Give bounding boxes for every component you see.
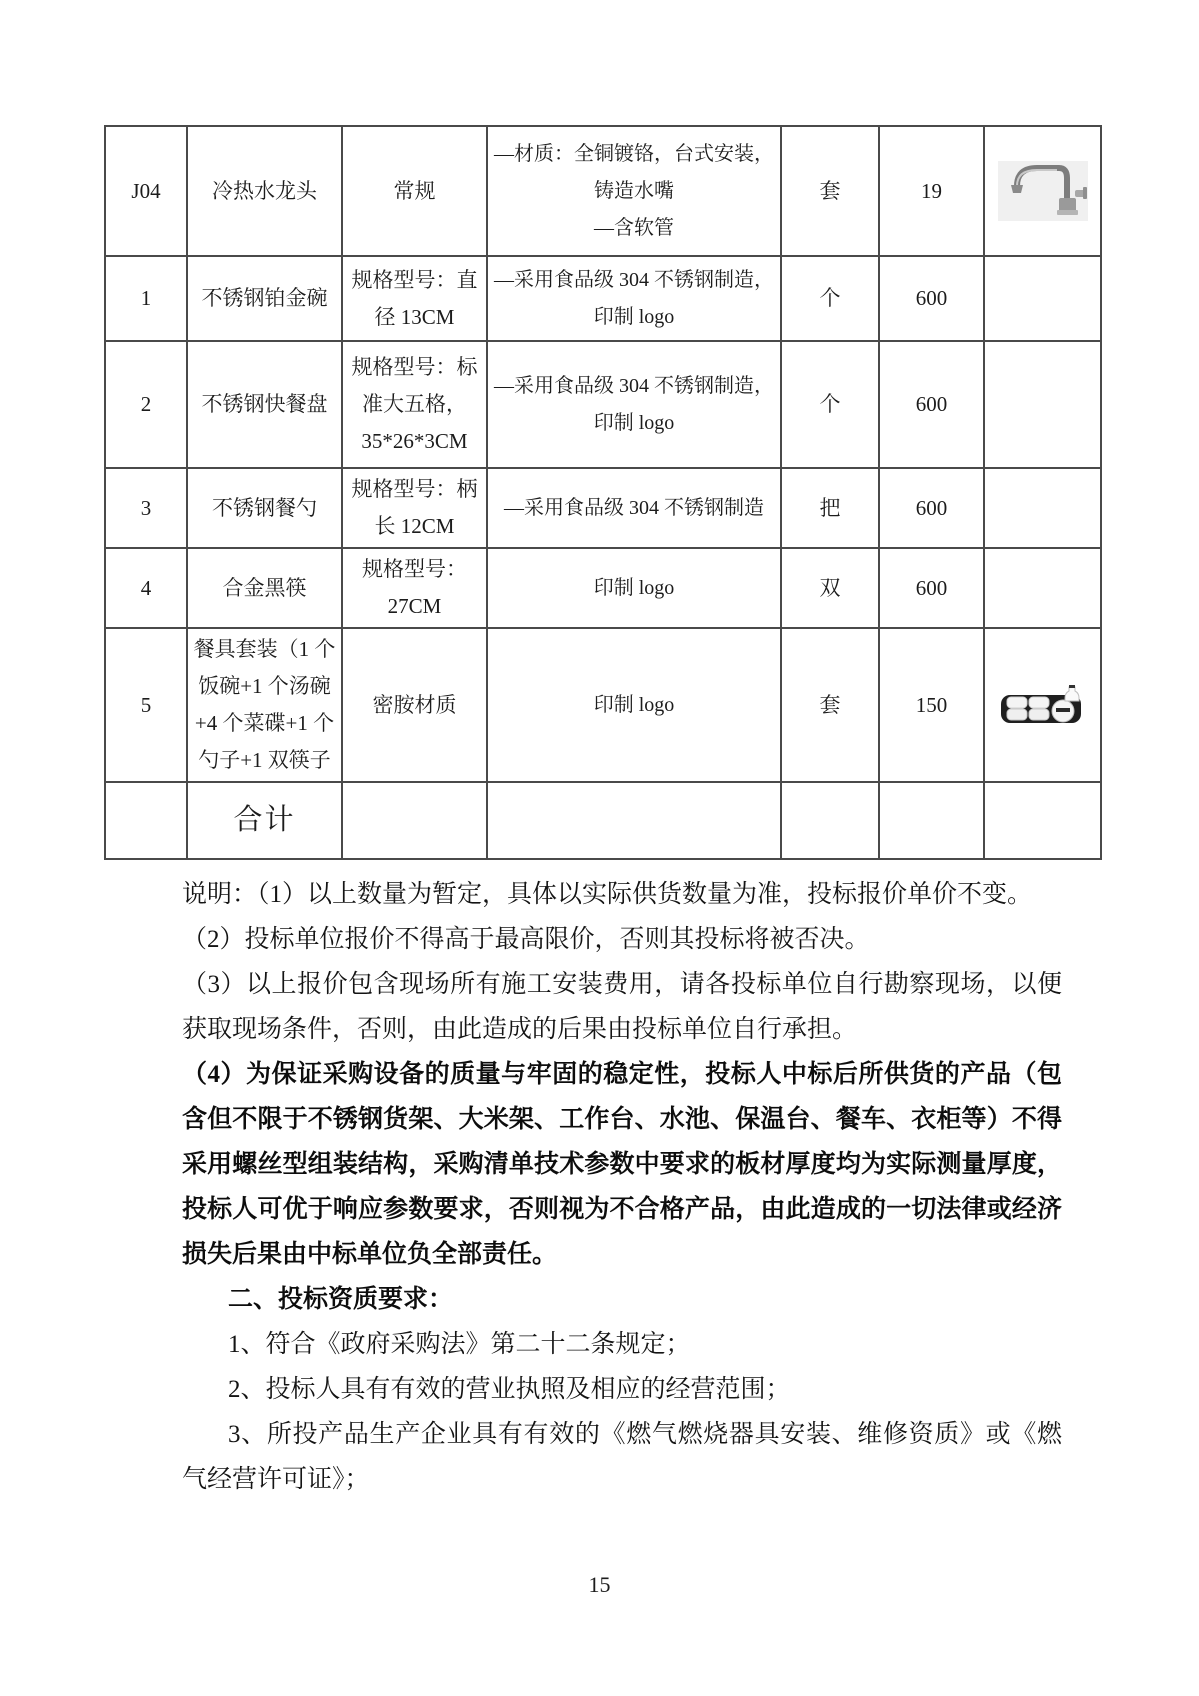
param-line: 印制 logo (492, 570, 776, 607)
params-cell (487, 782, 781, 859)
item-name-cell: 合金黑筷 (187, 548, 342, 628)
total-label-cell: 合计 (187, 782, 342, 859)
params-cell: —材质：全铜镀铬，台式安装，铸造水嘴 —含软管 (487, 126, 781, 256)
item-no-cell (105, 782, 187, 859)
item-no-cell: 2 (105, 341, 187, 468)
faucet-image (997, 160, 1089, 222)
spec-cell (342, 782, 487, 859)
qualification-item-1: 1、符合《政府采购法》第二十二条规定； (182, 1322, 1062, 1367)
item-name-cell: 餐具套装（1 个饭碗+1 个汤碗+4 个菜碟+1 个勺子+1 双筷子 (187, 628, 342, 782)
spec-cell: 规格型号：27CM (342, 548, 487, 628)
param-line: —含软管 (492, 210, 776, 247)
unit-cell (781, 782, 879, 859)
spec-cell: 规格型号：柄长 12CM (342, 468, 487, 548)
unit-cell: 套 (781, 126, 879, 256)
item-no-cell: 4 (105, 548, 187, 628)
table-row: 4 合金黑筷 规格型号：27CM 印制 logo 双 600 (105, 548, 1101, 628)
table-row: 5 餐具套装（1 个饭碗+1 个汤碗+4 个菜碟+1 个勺子+1 双筷子 密胺材… (105, 628, 1101, 782)
note-paragraph-1: 说明：（1）以上数量为暂定，具体以实际供货数量为准，投标报价单价不变。 (182, 872, 1062, 917)
dinnerware-set-image (999, 681, 1087, 729)
item-name-cell: 冷热水龙头 (187, 126, 342, 256)
qualification-item-3: 3、所投产品生产企业具有有效的《燃气燃烧器具安装、维修资质》或《燃气经营许可证》… (182, 1412, 1062, 1502)
item-no-cell: J04 (105, 126, 187, 256)
spec-cell: 规格型号：直径 13CM (342, 256, 487, 341)
qty-cell: 150 (879, 628, 984, 782)
table-row: J04 冷热水龙头 常规 —材质：全铜镀铬，台式安装，铸造水嘴 —含软管 套 1… (105, 126, 1101, 256)
item-name-cell: 不锈钢铂金碗 (187, 256, 342, 341)
param-line: —采用食品级 304 不锈钢制造，印制 logo (492, 368, 776, 442)
params-cell: —采用食品级 304 不锈钢制造 (487, 468, 781, 548)
notes-section: 说明：（1）以上数量为暂定，具体以实际供货数量为准，投标报价单价不变。 （2）投… (182, 872, 1062, 1502)
section-heading-qualifications: 二、投标资质要求： (182, 1277, 1062, 1322)
table-row: 1 不锈钢铂金碗 规格型号：直径 13CM —采用食品级 304 不锈钢制造，印… (105, 256, 1101, 341)
table-row: 3 不锈钢餐勺 规格型号：柄长 12CM —采用食品级 304 不锈钢制造 把 … (105, 468, 1101, 548)
table-row: 2 不锈钢快餐盘 规格型号：标准大五格，35*26*3CM —采用食品级 304… (105, 341, 1101, 468)
note-paragraph-4: （4）为保证采购设备的质量与牢固的稳定性，投标人中标后所供货的产品（包含但不限于… (182, 1052, 1062, 1277)
item-no-cell: 3 (105, 468, 187, 548)
param-line: 印制 logo (492, 687, 776, 724)
image-cell (984, 468, 1101, 548)
unit-cell: 套 (781, 628, 879, 782)
item-no-cell: 1 (105, 256, 187, 341)
param-line: —材质：全铜镀铬，台式安装，铸造水嘴 (492, 136, 776, 210)
item-no-cell: 5 (105, 628, 187, 782)
param-line: —采用食品级 304 不锈钢制造 (492, 490, 776, 527)
procurement-items-table: J04 冷热水龙头 常规 —材质：全铜镀铬，台式安装，铸造水嘴 —含软管 套 1… (104, 125, 1102, 860)
params-cell: 印制 logo (487, 628, 781, 782)
param-line: —采用食品级 304 不锈钢制造，印制 logo (492, 262, 776, 336)
note-paragraph-3: （3）以上报价包含现场所有施工安装费用，请各投标单位自行勘察现场，以便获取现场条… (182, 962, 1062, 1052)
qty-cell: 600 (879, 256, 984, 341)
qty-cell: 600 (879, 548, 984, 628)
qty-cell (879, 782, 984, 859)
note-paragraph-2: （2）投标单位报价不得高于最高限价，否则其投标将被否决。 (182, 917, 1062, 962)
qty-cell: 600 (879, 341, 984, 468)
image-cell (984, 256, 1101, 341)
image-cell (984, 341, 1101, 468)
table-row-total: 合计 (105, 782, 1101, 859)
spec-cell: 常规 (342, 126, 487, 256)
image-cell (984, 782, 1101, 859)
spec-cell: 规格型号：标准大五格，35*26*3CM (342, 341, 487, 468)
image-cell (984, 126, 1101, 256)
unit-cell: 个 (781, 256, 879, 341)
image-cell (984, 628, 1101, 782)
params-cell: 印制 logo (487, 548, 781, 628)
unit-cell: 双 (781, 548, 879, 628)
qty-cell: 600 (879, 468, 984, 548)
params-cell: —采用食品级 304 不锈钢制造，印制 logo (487, 256, 781, 341)
qty-cell: 19 (879, 126, 984, 256)
page-number: 15 (0, 1572, 1199, 1598)
document-page: J04 冷热水龙头 常规 —材质：全铜镀铬，台式安装，铸造水嘴 —含软管 套 1… (0, 0, 1199, 1696)
unit-cell: 个 (781, 341, 879, 468)
qualification-item-2: 2、投标人具有有效的营业执照及相应的经营范围； (182, 1367, 1062, 1412)
spec-cell: 密胺材质 (342, 628, 487, 782)
unit-cell: 把 (781, 468, 879, 548)
item-name-cell: 不锈钢快餐盘 (187, 341, 342, 468)
params-cell: —采用食品级 304 不锈钢制造，印制 logo (487, 341, 781, 468)
item-name-cell: 不锈钢餐勺 (187, 468, 342, 548)
image-cell (984, 548, 1101, 628)
